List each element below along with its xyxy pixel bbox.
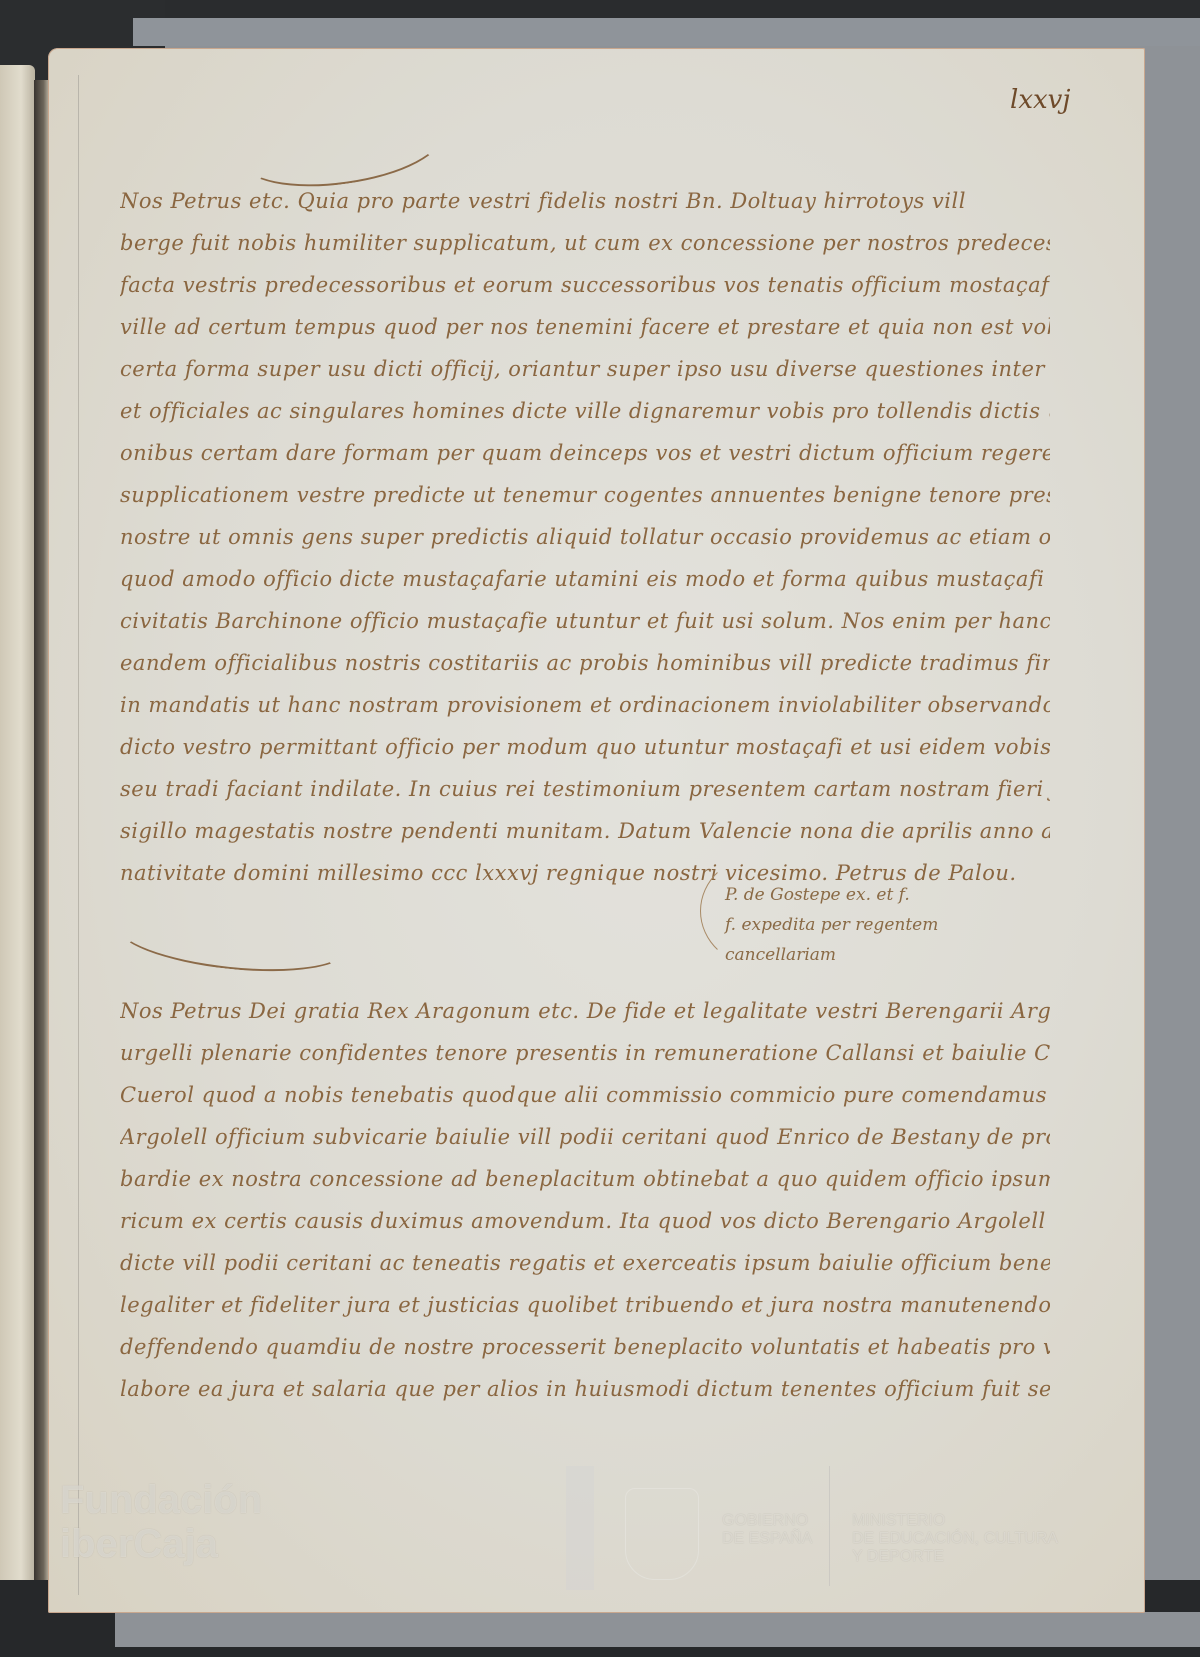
watermark-line: MINISTERIO	[852, 1512, 1058, 1530]
text-line: quod amodo officio dicte mustaçafarie ut…	[120, 558, 1050, 600]
signature-line: f. expedita per regentem cancellariam	[725, 910, 1025, 970]
text-line: civitatis Barchinone officio mustaçafie …	[120, 600, 1050, 642]
text-line: nostre ut omnis gens super predictis ali…	[120, 516, 1050, 558]
chancery-signature: P. de Gostepe ex. et f. f. expedita per …	[725, 880, 1025, 970]
text-line: labore ea jura et salaria que per alios …	[120, 1368, 1050, 1410]
mount-bottom	[115, 1612, 1200, 1647]
text-line: ville ad certum tempus quod per nos tene…	[120, 306, 1050, 348]
text-line: berge fuit nobis humiliter supplicatum, …	[120, 222, 1050, 264]
text-line: sigillo magestatis nostre pendenti munit…	[120, 810, 1050, 852]
text-line: certa forma super usu dicti officij, ori…	[120, 348, 1050, 390]
text-line: dicto vestro permittant officio per modu…	[120, 726, 1050, 768]
watermark-line: Fundación	[60, 1478, 262, 1522]
watermark-line: DE ESPAÑA	[722, 1530, 812, 1548]
mount-top	[133, 18, 1200, 46]
text-line: in mandatis ut hanc nostram provisionem …	[120, 684, 1050, 726]
text-line: legaliter et fideliter jura et justicias…	[120, 1284, 1050, 1326]
text-line: onibus certam dare formam per quam deinc…	[120, 432, 1050, 474]
ibercaja-watermark: Fundación iberCaja	[60, 1478, 262, 1566]
ruled-margin-line	[78, 75, 79, 1595]
eu-flag-stripe-icon	[566, 1466, 594, 1590]
text-line: seu tradi faciant indilate. In cuius rei…	[120, 768, 1050, 810]
ministry-watermark: MINISTERIO DE EDUCACIÓN, CULTURA Y DEPOR…	[852, 1512, 1058, 1566]
text-line: bardie ex nostra concessione ad beneplac…	[120, 1158, 1050, 1200]
watermark-line: GOBIERNO	[722, 1512, 812, 1530]
facing-page-edge	[0, 65, 35, 1595]
watermark-line: Y DEPORTE	[852, 1548, 1058, 1566]
text-line: supplicationem vestre predicte ut tenemu…	[120, 474, 1050, 516]
watermark-line: DE EDUCACIÓN, CULTURA	[852, 1530, 1058, 1548]
document-text-block-2: Nos Petrus Dei gratia Rex Aragonum etc. …	[120, 990, 1050, 1410]
text-line: deffendendo quamdiu de nostre processeri…	[120, 1326, 1050, 1368]
document-text-block-1: Nos Petrus etc. Quia pro parte vestri fi…	[120, 180, 1050, 894]
folio-number: lxxvj	[1010, 85, 1070, 115]
text-line: et officiales ac singulares homines dict…	[120, 390, 1050, 432]
text-line: ricum ex certis causis duximus amovendum…	[120, 1200, 1050, 1242]
watermark-line: iberCaja	[60, 1522, 262, 1566]
government-watermark: GOBIERNO DE ESPAÑA	[722, 1512, 812, 1548]
text-line: dicte vill podii ceritani ac teneatis re…	[120, 1242, 1050, 1284]
text-line: Cuerol quod a nobis tenebatis quodque al…	[120, 1074, 1050, 1116]
text-line: urgelli plenarie confidentes tenore pres…	[120, 1032, 1050, 1074]
text-line: eandem officialibus nostris costitariis …	[120, 642, 1050, 684]
spain-coat-of-arms-icon	[625, 1488, 699, 1580]
text-line: Nos Petrus Dei gratia Rex Aragonum etc. …	[120, 990, 1050, 1032]
text-line: Argolell officium subvicarie baiulie vil…	[120, 1116, 1050, 1158]
signature-line: P. de Gostepe ex. et f.	[725, 880, 1025, 910]
text-line: facta vestris predecessoribus et eorum s…	[120, 264, 1050, 306]
text-line: Nos Petrus etc. Quia pro parte vestri fi…	[120, 180, 1050, 222]
watermark-divider	[829, 1466, 830, 1586]
